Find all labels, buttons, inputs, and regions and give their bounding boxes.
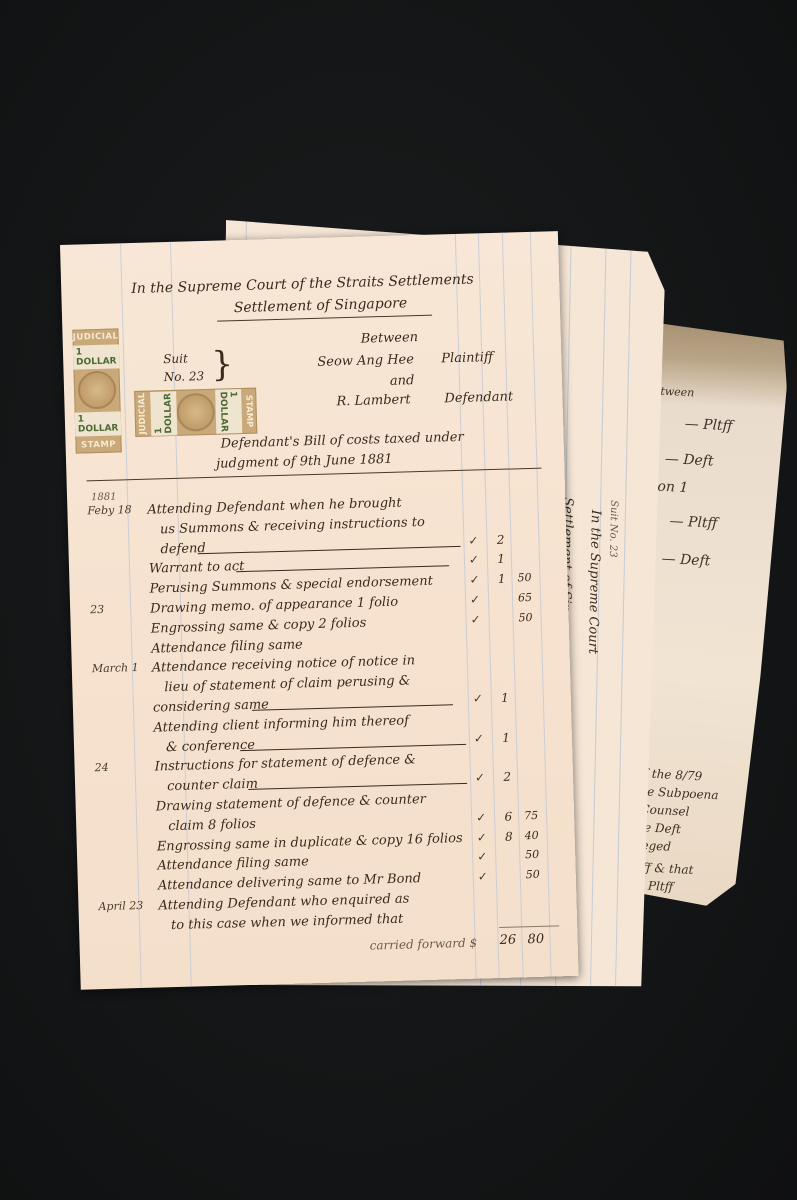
entry-dollars: 2 bbox=[488, 532, 504, 546]
entry-date: 24 bbox=[94, 761, 108, 774]
rear-line: — Pltff bbox=[669, 513, 718, 531]
carried-forward-label: carried forward $ bbox=[369, 936, 477, 953]
defendant-role: Defendant bbox=[444, 389, 513, 406]
entry-dollars: 8 bbox=[496, 829, 512, 843]
entry-date: March 1 bbox=[92, 661, 139, 675]
stamp-value: 1 DOLLAR bbox=[74, 411, 121, 436]
carried-forward-dollars: 26 bbox=[499, 933, 516, 948]
stamp-value: 1 DOLLAR bbox=[73, 344, 120, 369]
rear-line: tween bbox=[660, 385, 695, 400]
ruled-line bbox=[615, 228, 632, 993]
year-label: 1881 bbox=[91, 492, 117, 504]
docket-line: In the Supreme Court bbox=[577, 509, 610, 654]
entry-dollars: 6 bbox=[496, 809, 512, 823]
check-mark-icon: ✓ bbox=[468, 533, 478, 547]
judicial-stamp-vertical: JUDICIAL 1 DOLLAR 1 DOLLAR STAMP bbox=[72, 328, 121, 453]
carried-forward-cents: 80 bbox=[527, 932, 544, 947]
entry-description: defend bbox=[160, 541, 206, 557]
check-mark-icon: ✓ bbox=[473, 691, 483, 705]
stamp-seal-icon bbox=[78, 370, 117, 409]
entry-dollars: 1 bbox=[494, 730, 510, 744]
entry-dollars: 1 bbox=[489, 572, 505, 586]
entry-dollars: 1 bbox=[493, 691, 509, 705]
rear-line: Counsel bbox=[640, 802, 690, 819]
check-mark-icon: ✓ bbox=[476, 810, 486, 824]
check-mark-icon: ✓ bbox=[469, 573, 479, 587]
rear-line: — Pltff bbox=[684, 416, 733, 434]
check-mark-icon: ✓ bbox=[477, 830, 487, 844]
settlement-heading: Settlement of Singapore bbox=[234, 295, 408, 316]
entry-description: counter claim bbox=[167, 777, 258, 795]
rear-line: — Deft bbox=[664, 451, 714, 470]
entry-cents: 40 bbox=[524, 828, 538, 841]
rear-line: — Deft bbox=[661, 551, 711, 570]
bill-title-date: judgment of 9th June 1881 bbox=[216, 452, 393, 472]
fill-line bbox=[248, 783, 467, 790]
stamp-seal-icon bbox=[176, 393, 215, 432]
suit-number: No. 23 bbox=[164, 369, 205, 384]
stamp-label: JUDICIAL bbox=[135, 393, 150, 435]
fill-line bbox=[198, 546, 461, 554]
entry-description: Attendance filing same bbox=[157, 855, 309, 874]
entry-cents: 65 bbox=[518, 591, 532, 604]
stamp-value: 1 DOLLAR bbox=[150, 391, 177, 436]
header-divider bbox=[87, 468, 542, 482]
plaintiff-name: Seow Ang Hee bbox=[317, 352, 414, 370]
check-mark-icon: ✓ bbox=[474, 731, 484, 745]
entry-description: claim 8 folios bbox=[168, 817, 256, 834]
cost-entries-list: Feby 18Attending Defendant when he broug… bbox=[67, 491, 565, 505]
stamp-label: STAMP bbox=[241, 394, 256, 427]
entry-description: Attending Defendant when he brought bbox=[147, 496, 402, 518]
entry-description: considering same bbox=[153, 697, 269, 715]
entry-date: April 23 bbox=[98, 899, 143, 913]
entry-cents: 50 bbox=[525, 848, 539, 861]
stamp-value: 1 DOLLAR bbox=[215, 389, 242, 434]
check-mark-icon: ✓ bbox=[477, 850, 487, 864]
suit-label: Suit bbox=[163, 351, 188, 366]
court-heading: In the Supreme Court of the Straits Sett… bbox=[131, 271, 474, 297]
entry-cents: 75 bbox=[524, 809, 538, 822]
stamp-label: STAMP bbox=[81, 438, 116, 453]
fill-line bbox=[236, 566, 449, 573]
judicial-stamp-horizontal: JUDICIAL 1 DOLLAR 1 DOLLAR STAMP bbox=[134, 388, 257, 437]
entry-description: Warrant to act bbox=[149, 559, 245, 577]
entry-cents: 50 bbox=[517, 571, 531, 584]
entry-description: & conference bbox=[166, 737, 255, 754]
entry-date: Feby 18 bbox=[87, 503, 132, 517]
check-mark-icon: ✓ bbox=[470, 592, 480, 606]
stamp-label: JUDICIAL bbox=[73, 329, 119, 342]
and-label: and bbox=[390, 373, 415, 389]
entry-description: Attendance filing same bbox=[151, 637, 303, 656]
check-mark-icon: ✓ bbox=[478, 869, 488, 883]
defendant-name: R. Lambert bbox=[336, 392, 411, 409]
suit-brace: } bbox=[211, 344, 234, 385]
fill-line bbox=[241, 743, 467, 750]
fill-line bbox=[252, 704, 453, 711]
entry-date: 23 bbox=[90, 603, 104, 616]
bill-of-costs-sheet: In the Supreme Court of the Straits Sett… bbox=[60, 231, 579, 990]
plaintiff-role: Plaintiff bbox=[441, 350, 493, 366]
check-mark-icon: ✓ bbox=[470, 612, 480, 626]
check-mark-icon: ✓ bbox=[475, 771, 485, 785]
check-mark-icon: ✓ bbox=[469, 553, 479, 567]
entry-dollars: 2 bbox=[495, 770, 511, 784]
entry-cents: 50 bbox=[526, 868, 540, 881]
between-label: Between bbox=[361, 330, 419, 347]
entry-dollars: 1 bbox=[489, 552, 505, 566]
entry-cents: 50 bbox=[518, 611, 532, 624]
